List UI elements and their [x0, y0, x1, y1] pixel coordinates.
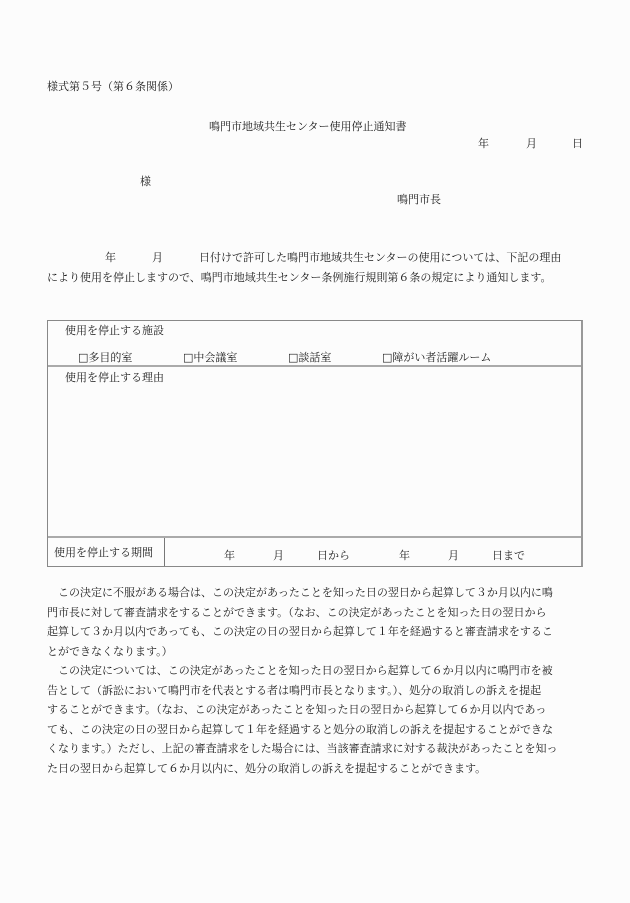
period-row: 使用を停止する期間 年 月 日から 年 月 日まで: [48, 538, 581, 566]
reason-label: 使用を停止する理由: [65, 372, 164, 383]
notice-line: 門市長に対して審査請求をすることができます。（なお、この決定があったことを知った…: [47, 603, 587, 623]
notice-line: とができなくなります。）: [47, 642, 587, 662]
notice-line: くなります。）ただし、上記の審査請求をした場合には、当該審査請求に対する裁決があ…: [47, 739, 587, 759]
period-to-day[interactable]: 日まで: [492, 547, 525, 563]
period-from-month[interactable]: 月: [273, 547, 284, 563]
facility-option-meeting-room[interactable]: □中会議室: [183, 349, 237, 365]
notice-line: た日の翌日から起算して６か月以内に、処分の取消しの訴えを提起することができます。: [47, 759, 587, 779]
date-year-label: 年: [478, 138, 489, 149]
reason-row[interactable]: 使用を停止する理由: [48, 367, 581, 538]
facility-option-lounge[interactable]: □談話室: [288, 349, 331, 365]
period-to-year[interactable]: 年: [399, 547, 410, 563]
intro-paragraph: 年月日付けで許可した鳴門市地域共生センターの使用については、下記の理由 により使…: [47, 248, 587, 288]
date-month-label: 月: [526, 138, 537, 149]
date-day-label: 日: [572, 138, 583, 149]
form-number: 様式第５号（第６条関係）: [47, 81, 179, 92]
facility-label: 使用を停止する施設: [65, 325, 164, 336]
notice-line: することができます。（なお、この決定があったことを知った日の翌日から起算して６か…: [47, 700, 587, 720]
notice-table: 使用を停止する施設 □多目的室 □中会議室 □談話室 □障がい者活躍ルーム 使用…: [47, 320, 583, 567]
period-to-month[interactable]: 月: [448, 547, 459, 563]
notice-line: 告として（訴訟において鳴門市を代表とする者は鳴門市長となります。）、処分の取消し…: [47, 681, 587, 701]
document-title: 鳴門市地域共生センター使用停止通知書: [209, 121, 407, 132]
facility-row: 使用を停止する施設 □多目的室 □中会議室 □談話室 □障がい者活躍ルーム: [48, 321, 581, 367]
intro-line2: により使用を停止しますので、鳴門市地域共生センター条例施行規則第６条の規定により…: [47, 268, 587, 288]
issuer: 鳴門市長: [397, 194, 441, 205]
addressee-suffix: 様: [140, 176, 151, 187]
facility-option-disability-room[interactable]: □障がい者活躍ルーム: [382, 349, 491, 365]
lawsuit-notice-paragraph: この決定については、この決定があったことを知った日の翌日から起算して６か月以内に…: [47, 661, 587, 778]
notice-line: 起算して３か月以内であっても、この決定の日の翌日から起算して１年を経過すると審査…: [47, 622, 587, 642]
notice-line: この決定については、この決定があったことを知った日の翌日から起算して６か月以内に…: [47, 661, 587, 681]
period-label-cell: 使用を停止する期間: [48, 538, 165, 566]
appeal-notice-paragraph: この決定に不服がある場合は、この決定があったことを知った日の翌日から起算して３か…: [47, 583, 587, 661]
intro-line1: 日付けで許可した鳴門市地域共生センターの使用については、下記の理由: [199, 251, 561, 264]
facility-option-multipurpose[interactable]: □多目的室: [78, 349, 132, 365]
period-from-day[interactable]: 日から: [317, 547, 350, 563]
notice-line: この決定に不服がある場合は、この決定があったことを知った日の翌日から起算して３か…: [47, 583, 587, 603]
period-from-year[interactable]: 年: [224, 547, 235, 563]
notice-line: ても、この決定の日の翌日から起算して１年を経過すると処分の取消しの訴えを提起する…: [47, 720, 587, 740]
intro-month-label: 月: [152, 251, 163, 264]
period-label: 使用を停止する期間: [54, 547, 153, 558]
intro-year-label: 年: [105, 251, 116, 264]
